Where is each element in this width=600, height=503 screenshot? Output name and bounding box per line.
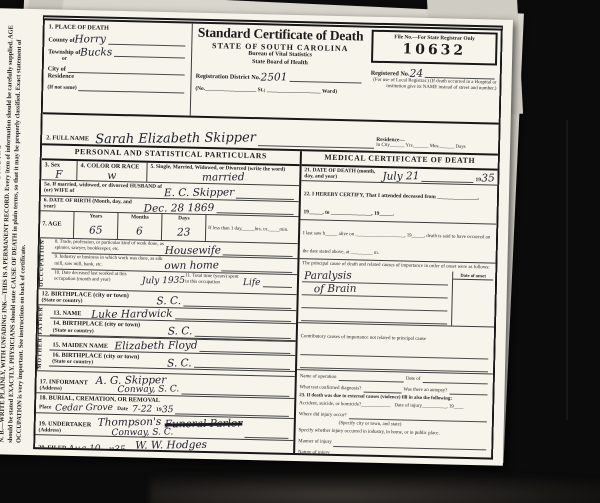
place-of-death-section: 1. PLACE OF DEATH County of Horry Townsh… [43,20,193,115]
fill-line [338,372,404,382]
write-plainly-note: N. B.—WRITE PLAINLY, WITH UNFADING INK—T… [0,14,34,443]
father-name-label: 13. NAME [53,310,81,318]
occupation-group: OCCUPATION 8. Trade, profession, or part… [39,238,298,294]
form-header: 1. PLACE OF DEATH County of Horry Townsh… [43,20,501,124]
county-label: County of [48,36,74,44]
filed-label: 20. FILED [38,445,66,453]
certify-block: 22. I HEREBY CERTIFY, That I attended de… [300,181,497,224]
trade-value: Housewife [165,245,221,256]
years-label: Years [76,213,115,220]
days-value: 23 [177,228,191,239]
marital-value: married [150,171,296,183]
residence-in-city-block: Residence— In City______ Yrs.______ Mos.… [376,137,494,152]
fill-line [108,35,185,46]
months-value: 6 [136,227,143,238]
where-injury-label: Where did injury occur? [299,412,347,419]
photo-of-death-certificate: MARGIN RESERVED FOR BINDING N. B.—WRITE … [0,0,600,503]
manner-label: Manner of injury [298,440,332,447]
informant-address-label: (Address) [39,385,87,392]
full-name-label: 2. FULL NAME [46,134,89,142]
father-bp-value: S. C. [168,327,193,338]
fill-line [422,374,488,384]
blank-cause-line [301,308,447,324]
father-bp-sublabel: (State or country) [53,327,140,335]
autopsy-label: Was there an autopsy? [403,387,447,394]
fill-line [183,297,291,308]
fill-line [363,384,401,394]
fill-line [175,405,289,417]
sex-value: F [44,169,73,180]
medical-column: MEDICAL CERTIFICATE OF DEATH 21. DATE OF… [295,151,498,457]
street-ward-line: (No.___________________ St.; ___________… [195,86,363,96]
last-saw-text: I last saw h_____ alive on _____________… [303,231,491,256]
date-of-onset-box: Date of onset [451,272,493,327]
fill-line [194,328,290,339]
fill-line [236,189,294,199]
personal-column: PERSONAL AND STATISTICAL PARTICULARS 3. … [35,145,302,453]
mother-name-value: Elizabeth Floyd [114,341,197,353]
full-name-value: Sarah Elizabeth Skipper [95,131,256,146]
if-not-same-label: (If not same) [47,85,76,92]
total-time-value: Life [243,279,261,288]
fill-line [181,386,289,397]
dod-value: July 21 [382,172,419,183]
burial-date-value: 7-22 [132,405,152,414]
certificate-form: 1. PLACE OF DEATH County of Horry Townsh… [33,15,503,459]
industry-label: 9. Industry or business in which work wa… [54,255,164,270]
date-of-label: Date of [406,377,421,383]
local-registrar-note: (For use of Local Registrar.) (If death … [370,78,496,93]
industry-value: own home [164,261,219,272]
cause-value-line1: Paralysis [304,271,352,283]
fill-line [289,73,362,84]
registrar-signature: W. W. Hodges [136,440,208,451]
fill-line [194,359,290,370]
fill-line [114,48,185,59]
dod-label: 21. DATE OF DEATH (month, day, and year) [304,167,382,181]
township-value: Bucks [80,47,112,58]
fill-line [209,447,288,453]
mother-bp-sublabel: (State or country) [52,359,139,367]
burial-place-value: Cedar Grove [55,403,113,413]
fill-line [175,311,291,323]
fill-line [216,204,293,215]
registered-no-label: Registered No. [371,70,410,78]
burial-place-label: Place [39,405,51,411]
filed-year-value: 35 [114,446,126,454]
contributory-block: Contributory causes of importance not re… [297,323,494,374]
spouse-label: 5a. If married, widowed, or divorced HUS… [44,182,164,197]
fill-line [223,247,293,258]
fill-line [79,83,185,94]
undertaker-value: Thompson's [97,416,161,427]
mother-side-label: MOTHER [37,337,50,371]
years-value: 65 [89,226,103,237]
background-blur-object [150,475,600,503]
cause-of-death-area: Date of onset Paralysis of Brain [298,268,495,327]
in-city-line: In City______ Yrs.______ Mos.______ Days [376,143,494,152]
months-label: Months [120,214,159,221]
mother-group: MOTHER 15. MAIDEN NAME Elizabeth Floyd 1… [37,337,296,377]
father-side-label: FATHER [38,305,51,336]
cause-value-line2: of Brain [314,284,357,296]
fill-line [263,278,292,288]
burial-year-value: 35 [162,406,174,415]
fill-line [199,343,291,354]
burial-date-label: Date [117,406,128,412]
age-label: 7. AGE [42,220,61,227]
mother-bp-value: S. C. [167,358,192,369]
dob-value: Dec. 28 1869 [144,202,215,213]
less-than-day-label: If less than 1 day,_____hrs. or_____min. [208,226,288,233]
sex-label: 3. Sex [45,161,74,169]
registered-no-value: 24 [409,68,423,79]
registrar-block: File No.—For State Registrar Only 10632 … [367,28,501,123]
dod-year-prefix: 19 [476,177,482,183]
last-saw-block: I last saw h_____ alive on _____________… [299,220,496,263]
burial-year-prefix: 19 [156,407,162,413]
file-number-box: File No.—For State Registrar Only 10632 [371,30,498,65]
spouse-value: E. C. Skipper [164,187,234,198]
form-body: PERSONAL AND STATISTICAL PARTICULARS 3. … [35,145,498,457]
birthplace-sublabel: (State or country) [41,297,128,305]
fill-line [331,449,486,458]
district-label: Registration District No. [196,73,261,82]
operation-label: Name of operation [300,374,337,381]
last-worked-value: July 1935 [142,277,185,287]
fill-line [221,262,292,273]
birthplace-value: S. C. [157,296,182,307]
district-number: 2501 [260,72,287,83]
days-label: Days [164,215,203,222]
fill-line [425,69,495,80]
last-worked-label: 10. Date deceased last worked at this oc… [54,270,142,284]
father-name-value: Luke Hardwick [91,309,173,320]
mother-name-label: 15. MAIDEN NAME [52,341,108,349]
fill-line [449,386,487,396]
trade-label: 8. Trade, profession, or particular kind… [55,240,165,255]
title-block: Standard Certificate of Death STATE OF S… [191,24,369,120]
onset-label: Date of onset [453,272,493,281]
fill-line [421,173,474,183]
background-edge-line [566,120,568,420]
race-value: w [80,170,143,181]
certificate-paper: MARGIN RESERVED FOR BINDING N. B.—WRITE … [0,8,513,466]
county-value: Horry [75,34,107,45]
file-number: 10632 [375,42,493,60]
dod-year-value: 35 [481,174,495,185]
total-time-label: 11. Total time (years) spent in this occ… [185,273,243,287]
dob-label: 6. DATE OF BIRTH (Month, day, and year) [44,197,144,212]
fill-line [258,137,375,149]
nature-label: Nature of injury [298,451,330,458]
contributory-label: Contributory causes of importance not re… [301,334,427,342]
filed-date-value: Aug 10 [68,445,100,453]
undertaker-address-label: (Address) [38,427,91,434]
informant-address-value: Conway, S. C. [118,386,180,396]
certify-text: 22. I HEREBY CERTIFY, That I attended de… [303,191,479,217]
fill-line [244,429,288,439]
